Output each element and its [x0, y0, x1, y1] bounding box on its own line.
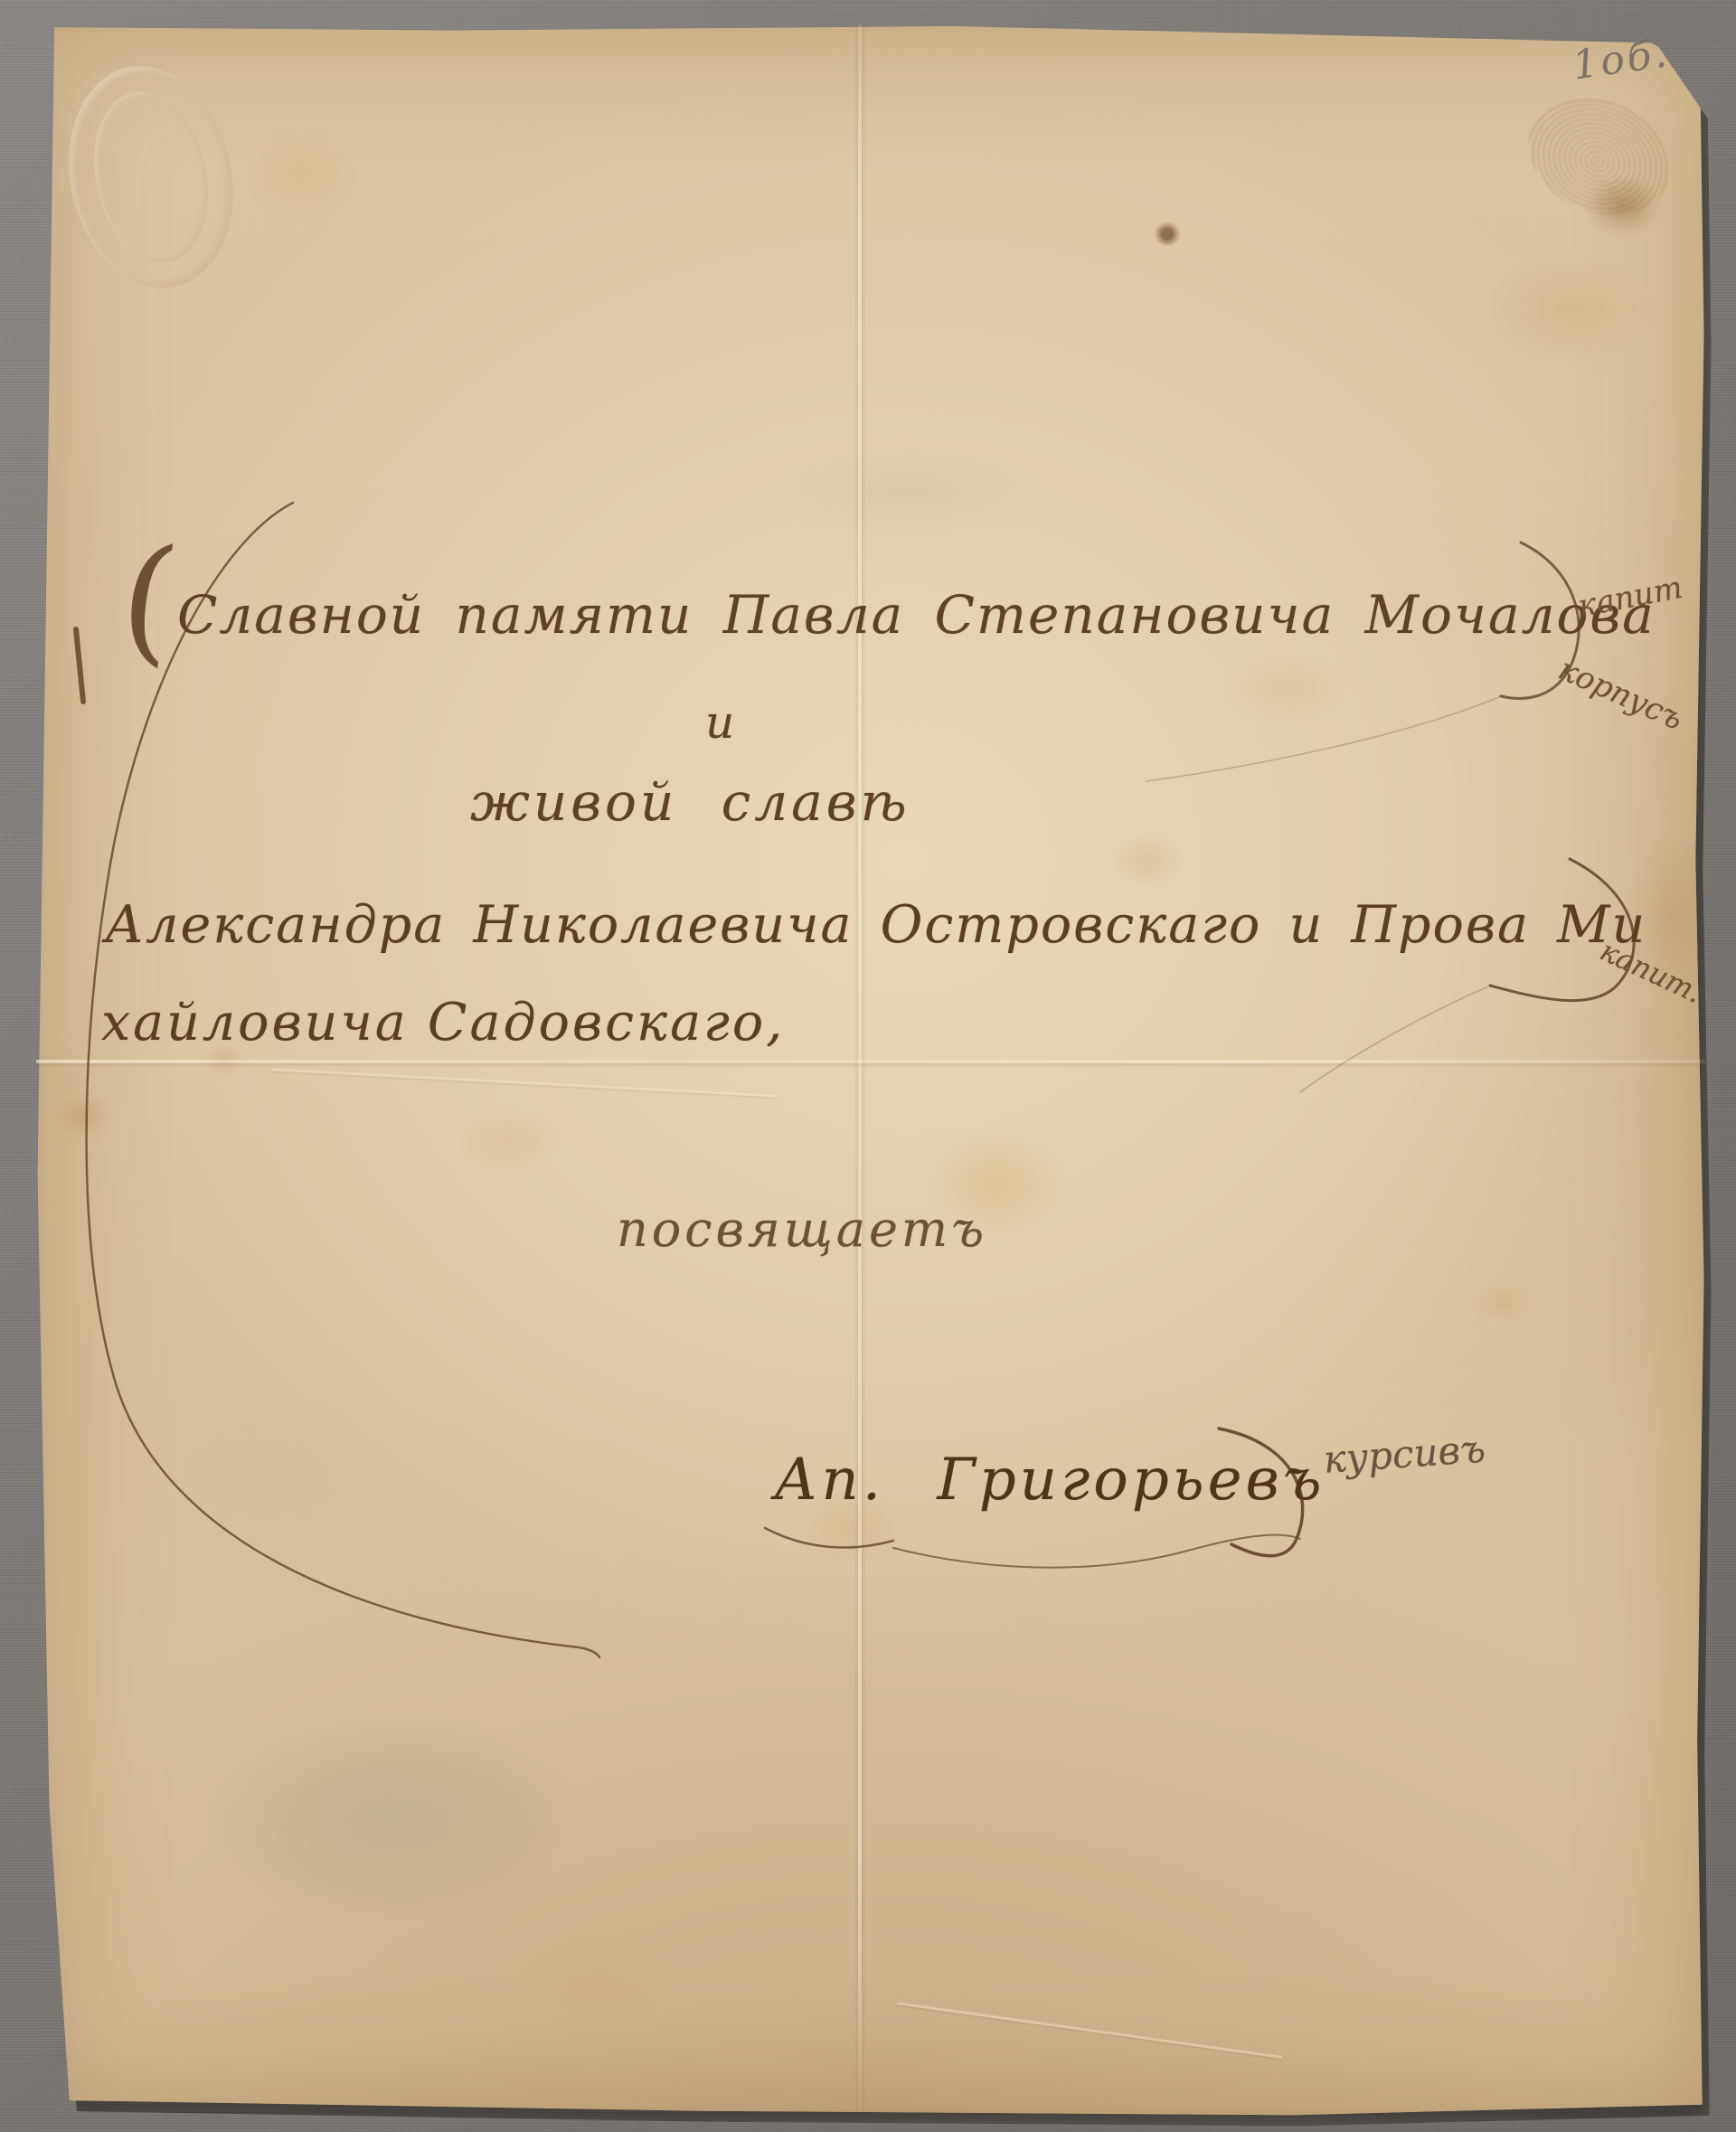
ink-smudge	[1584, 174, 1662, 239]
dedication-line-names-2: хайловича Садовскаго,	[101, 993, 785, 1052]
dedication-line-and: и	[705, 696, 734, 749]
horizontal-fold-crease	[36, 1060, 1705, 1063]
photograph-of-manuscript: 1об. ( Славной памяти Павла Степановича …	[0, 0, 1736, 2132]
vertical-fold-crease	[858, 24, 862, 2112]
dedication-line-memory: Славной памяти Павла Степановича Мочалов…	[177, 584, 1656, 646]
dedication-line-names-1: Александра Николаевича Островскаго и Про…	[105, 895, 1646, 955]
ink-spot	[1154, 222, 1181, 246]
author-signature: Ап. Григорьевъ	[774, 1447, 1325, 1514]
dedication-line-dedicates: посвящаетъ	[617, 1201, 987, 1258]
dedication-line-living-glory: живой славѣ	[470, 771, 910, 833]
